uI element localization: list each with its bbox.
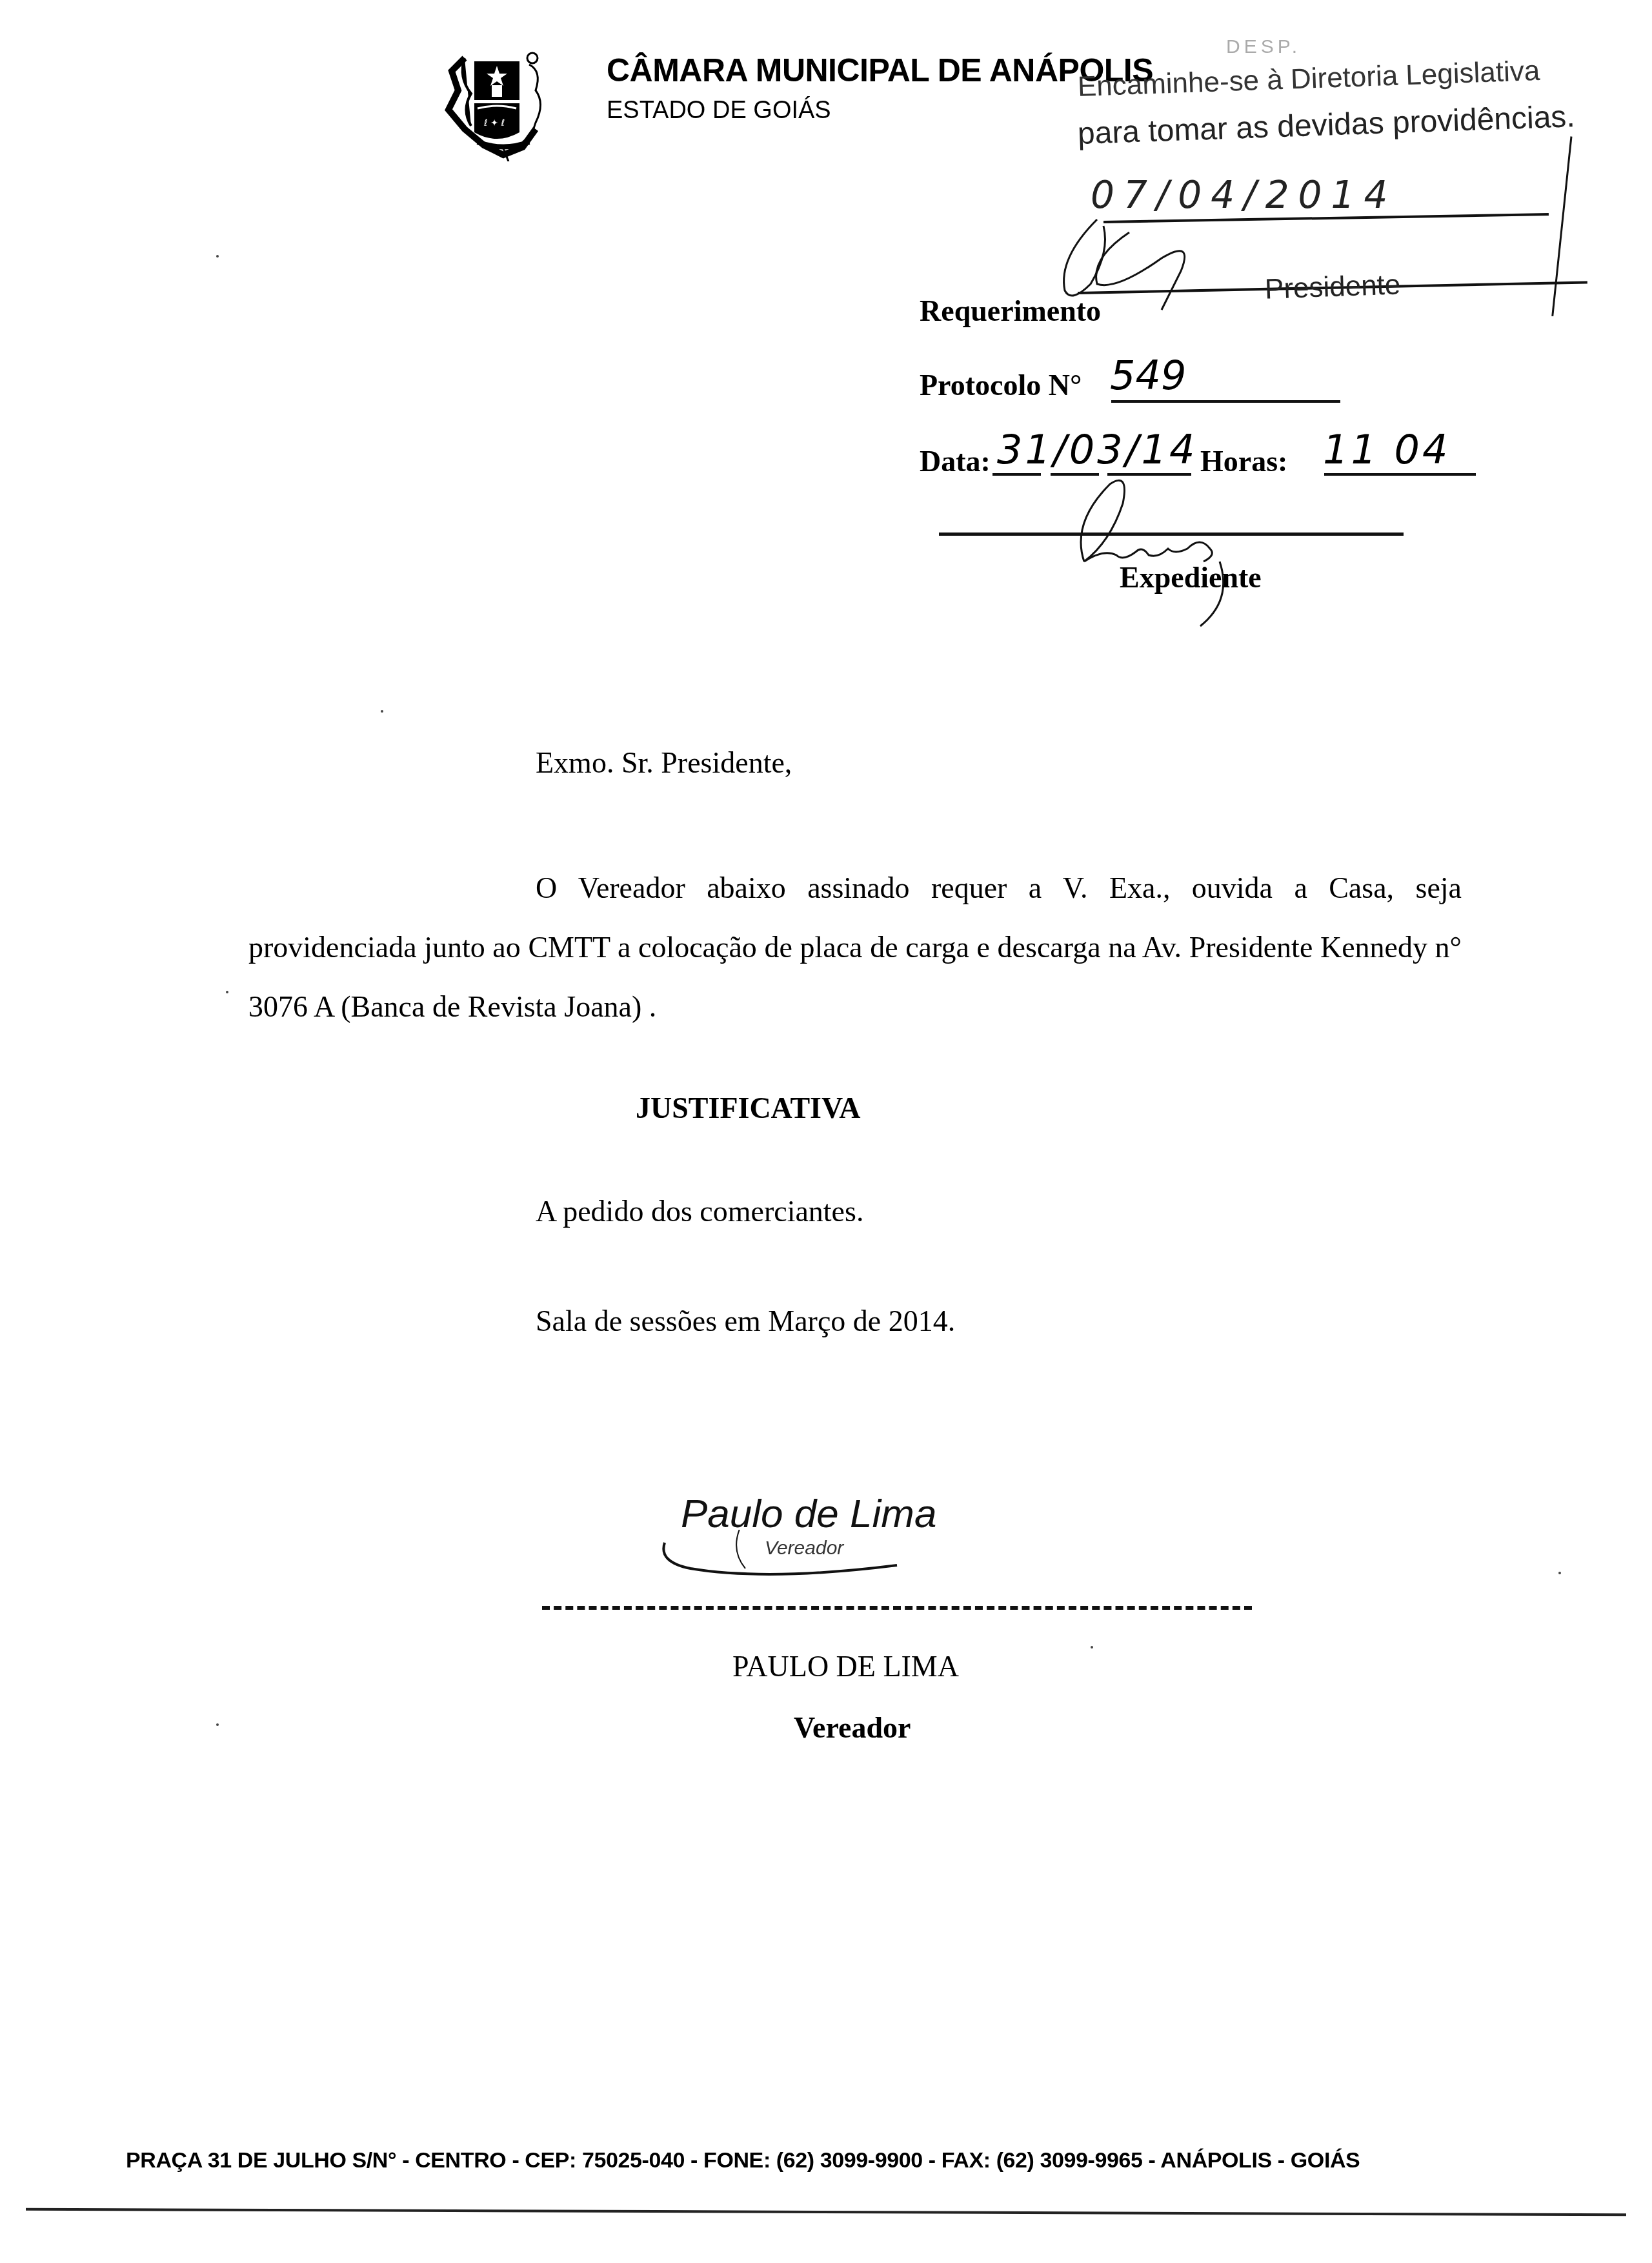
stamp-border-right	[1551, 136, 1572, 316]
stamp-swoosh-icon	[658, 1530, 929, 1581]
scan-speck	[216, 255, 219, 258]
organization-state: ESTADO DE GOIÁS	[607, 97, 831, 125]
footer-rule	[26, 2208, 1626, 2217]
signer-role: Vereador	[794, 1710, 911, 1745]
expedient-label: Expediente	[1120, 560, 1262, 594]
dispatch-stamp: DESP. Encaminhe-se à Diretoria Legislati…	[1052, 32, 1607, 303]
justification-heading: JUSTIFICATIVA	[636, 1091, 861, 1125]
scan-speck	[216, 1723, 219, 1726]
stamp-instruction-line2: para tomar as devidas providências.	[1077, 99, 1576, 152]
scan-speck	[1091, 1646, 1093, 1649]
scan-speck	[1558, 1572, 1561, 1574]
stamp-instruction-line1: Encaminhe-se à Diretoria Legislativa	[1077, 55, 1540, 103]
scan-speck	[381, 710, 383, 713]
protocol-number: 549	[1110, 352, 1186, 399]
expedient-signature-icon	[1032, 439, 1304, 633]
salutation: Exmo. Sr. Presidente,	[536, 746, 792, 780]
scan-speck	[226, 991, 228, 993]
coat-of-arms-icon: ℓ ✦ ℓ	[439, 32, 581, 161]
svg-text:ℓ ✦ ℓ: ℓ ✦ ℓ	[483, 118, 505, 128]
time-value: 11 04	[1323, 426, 1451, 473]
closing-line: Sala de sessões em Março de 2014.	[536, 1304, 955, 1338]
signer-name: PAULO DE LIMA	[732, 1649, 959, 1683]
signature-dashed-line	[542, 1606, 1252, 1610]
footer-address: PRAÇA 31 DE JULHO S/N° - CENTRO - CEP: 7…	[126, 2148, 1360, 2173]
time-underline	[1324, 473, 1476, 476]
protocol-label: Protocolo N°	[920, 368, 1082, 402]
request-title: Requerimento	[920, 294, 1101, 328]
date-label: Data:	[920, 444, 991, 478]
justification-text: A pedido dos comerciantes.	[536, 1194, 863, 1228]
expedient-signature-line	[939, 533, 1404, 536]
signature-stamp: Paulo de Lima Vereador	[658, 1491, 994, 1588]
request-paragraph: O Vereador abaixo assinado requer a V. E…	[248, 858, 1462, 1037]
stamp-role: Presidente	[1264, 269, 1401, 305]
protocol-underline	[1111, 400, 1340, 403]
stamp-header-faded: DESP.	[1226, 36, 1301, 58]
